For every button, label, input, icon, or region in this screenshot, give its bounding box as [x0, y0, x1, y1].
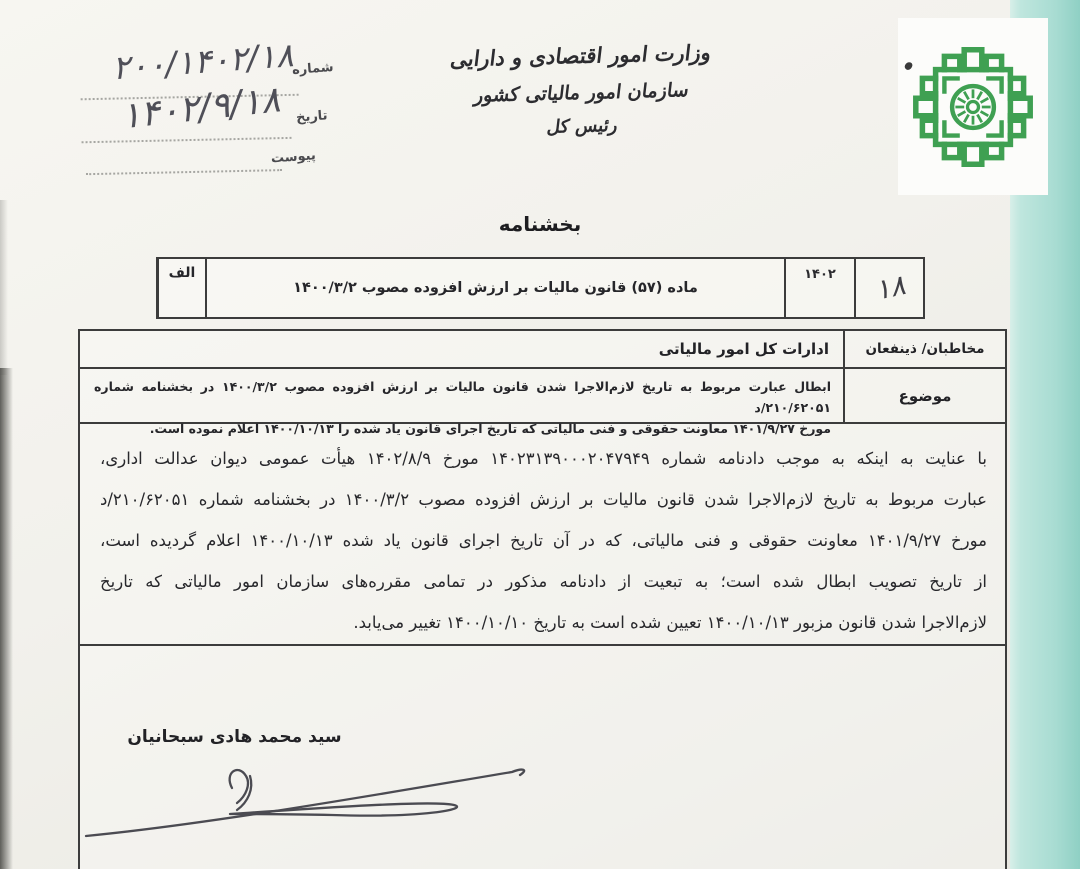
audience-label: مخاطبان/ ذینفعان [843, 331, 1005, 367]
document-meta-block: شماره ۲۰۰/۱۴۰۲/۱۸ تاریخ ۱۴۰۲/۹/۱۸ پیوست [36, 37, 344, 193]
subject-line-2: مورخ ۱۴۰۱/۹/۲۷ معاونت حقوقی و فنی مالیات… [94, 418, 831, 439]
date-dotted-line [82, 137, 292, 143]
office-title: رئیس کل [410, 112, 753, 142]
number-label: شماره [292, 60, 335, 78]
body-line: لازم‌الاجرا شدن قانون مزبور ۱۴۰۰/۱۰/۱۳ ت… [100, 602, 987, 643]
classification-table: ۱۸ ۱۴۰۲ ماده (۵۷) قانون مالیات بر ارزش ا… [156, 257, 925, 319]
attachment-label: پیوست [271, 148, 317, 166]
date-label: تاریخ [295, 108, 328, 125]
class-cell: الف [159, 259, 205, 317]
handwritten-signature [80, 756, 570, 844]
scan-shadow-left-faint [0, 200, 8, 375]
scan-shadow-left [0, 368, 13, 869]
serial-number: ۱۸ [872, 268, 908, 307]
ministry-name: وزارت امور اقتصادی و دارایی [408, 40, 751, 73]
serial-cell: ۱۸ [854, 259, 923, 317]
subject-value: ابطال عبارت مربوط به تاریخ لازم‌الاجرا ش… [80, 369, 843, 422]
scanned-circular-document: شماره ۲۰۰/۱۴۰۲/۱۸ تاریخ ۱۴۰۲/۹/۱۸ پیوست … [0, 0, 1080, 869]
body-text: با عنایت به اینکه به موجب دادنامه شماره … [80, 424, 1005, 646]
subject-row: موضوع ابطال عبارت مربوط به تاریخ لازم‌ال… [80, 369, 1005, 424]
organization-name: سازمان امور مالیاتی کشور [409, 78, 752, 109]
body-line: با عنایت به اینکه به موجب دادنامه شماره … [100, 438, 987, 479]
body-line: عبارت مربوط به تاریخ لازم‌الاجرا شدن قان… [100, 479, 987, 520]
signatory-name: سید محمد هادی سبحانیان [122, 727, 347, 747]
document-title: بخشنامه [480, 212, 600, 236]
audience-row: مخاطبان/ ذینفعان ادارات کل امور مالیاتی [80, 331, 1005, 369]
reference-cell: ماده (۵۷) قانون مالیات بر ارزش افزوده مص… [205, 259, 784, 317]
attachment-dotted-line [86, 169, 282, 175]
body-line: از تاریخ تصویب ابطال شده است؛ به تبعیت ا… [100, 561, 987, 602]
handwritten-date: ۱۴۰۲/۹/۱۸ [120, 79, 283, 137]
audience-value: ادارات کل امور مالیاتی [80, 331, 843, 367]
subject-line-1: ابطال عبارت مربوط به تاریخ لازم‌الاجرا ش… [94, 376, 831, 418]
year-cell: ۱۴۰۲ [784, 259, 854, 317]
body-line: مورخ ۱۴۰۱/۹/۲۷ معاونت حقوقی و فنی مالیات… [100, 520, 987, 561]
letterhead: وزارت امور اقتصادی و دارایی سازمان امور … [409, 40, 751, 142]
organization-logo-icon [898, 18, 1048, 195]
subject-label: موضوع [843, 369, 1005, 422]
